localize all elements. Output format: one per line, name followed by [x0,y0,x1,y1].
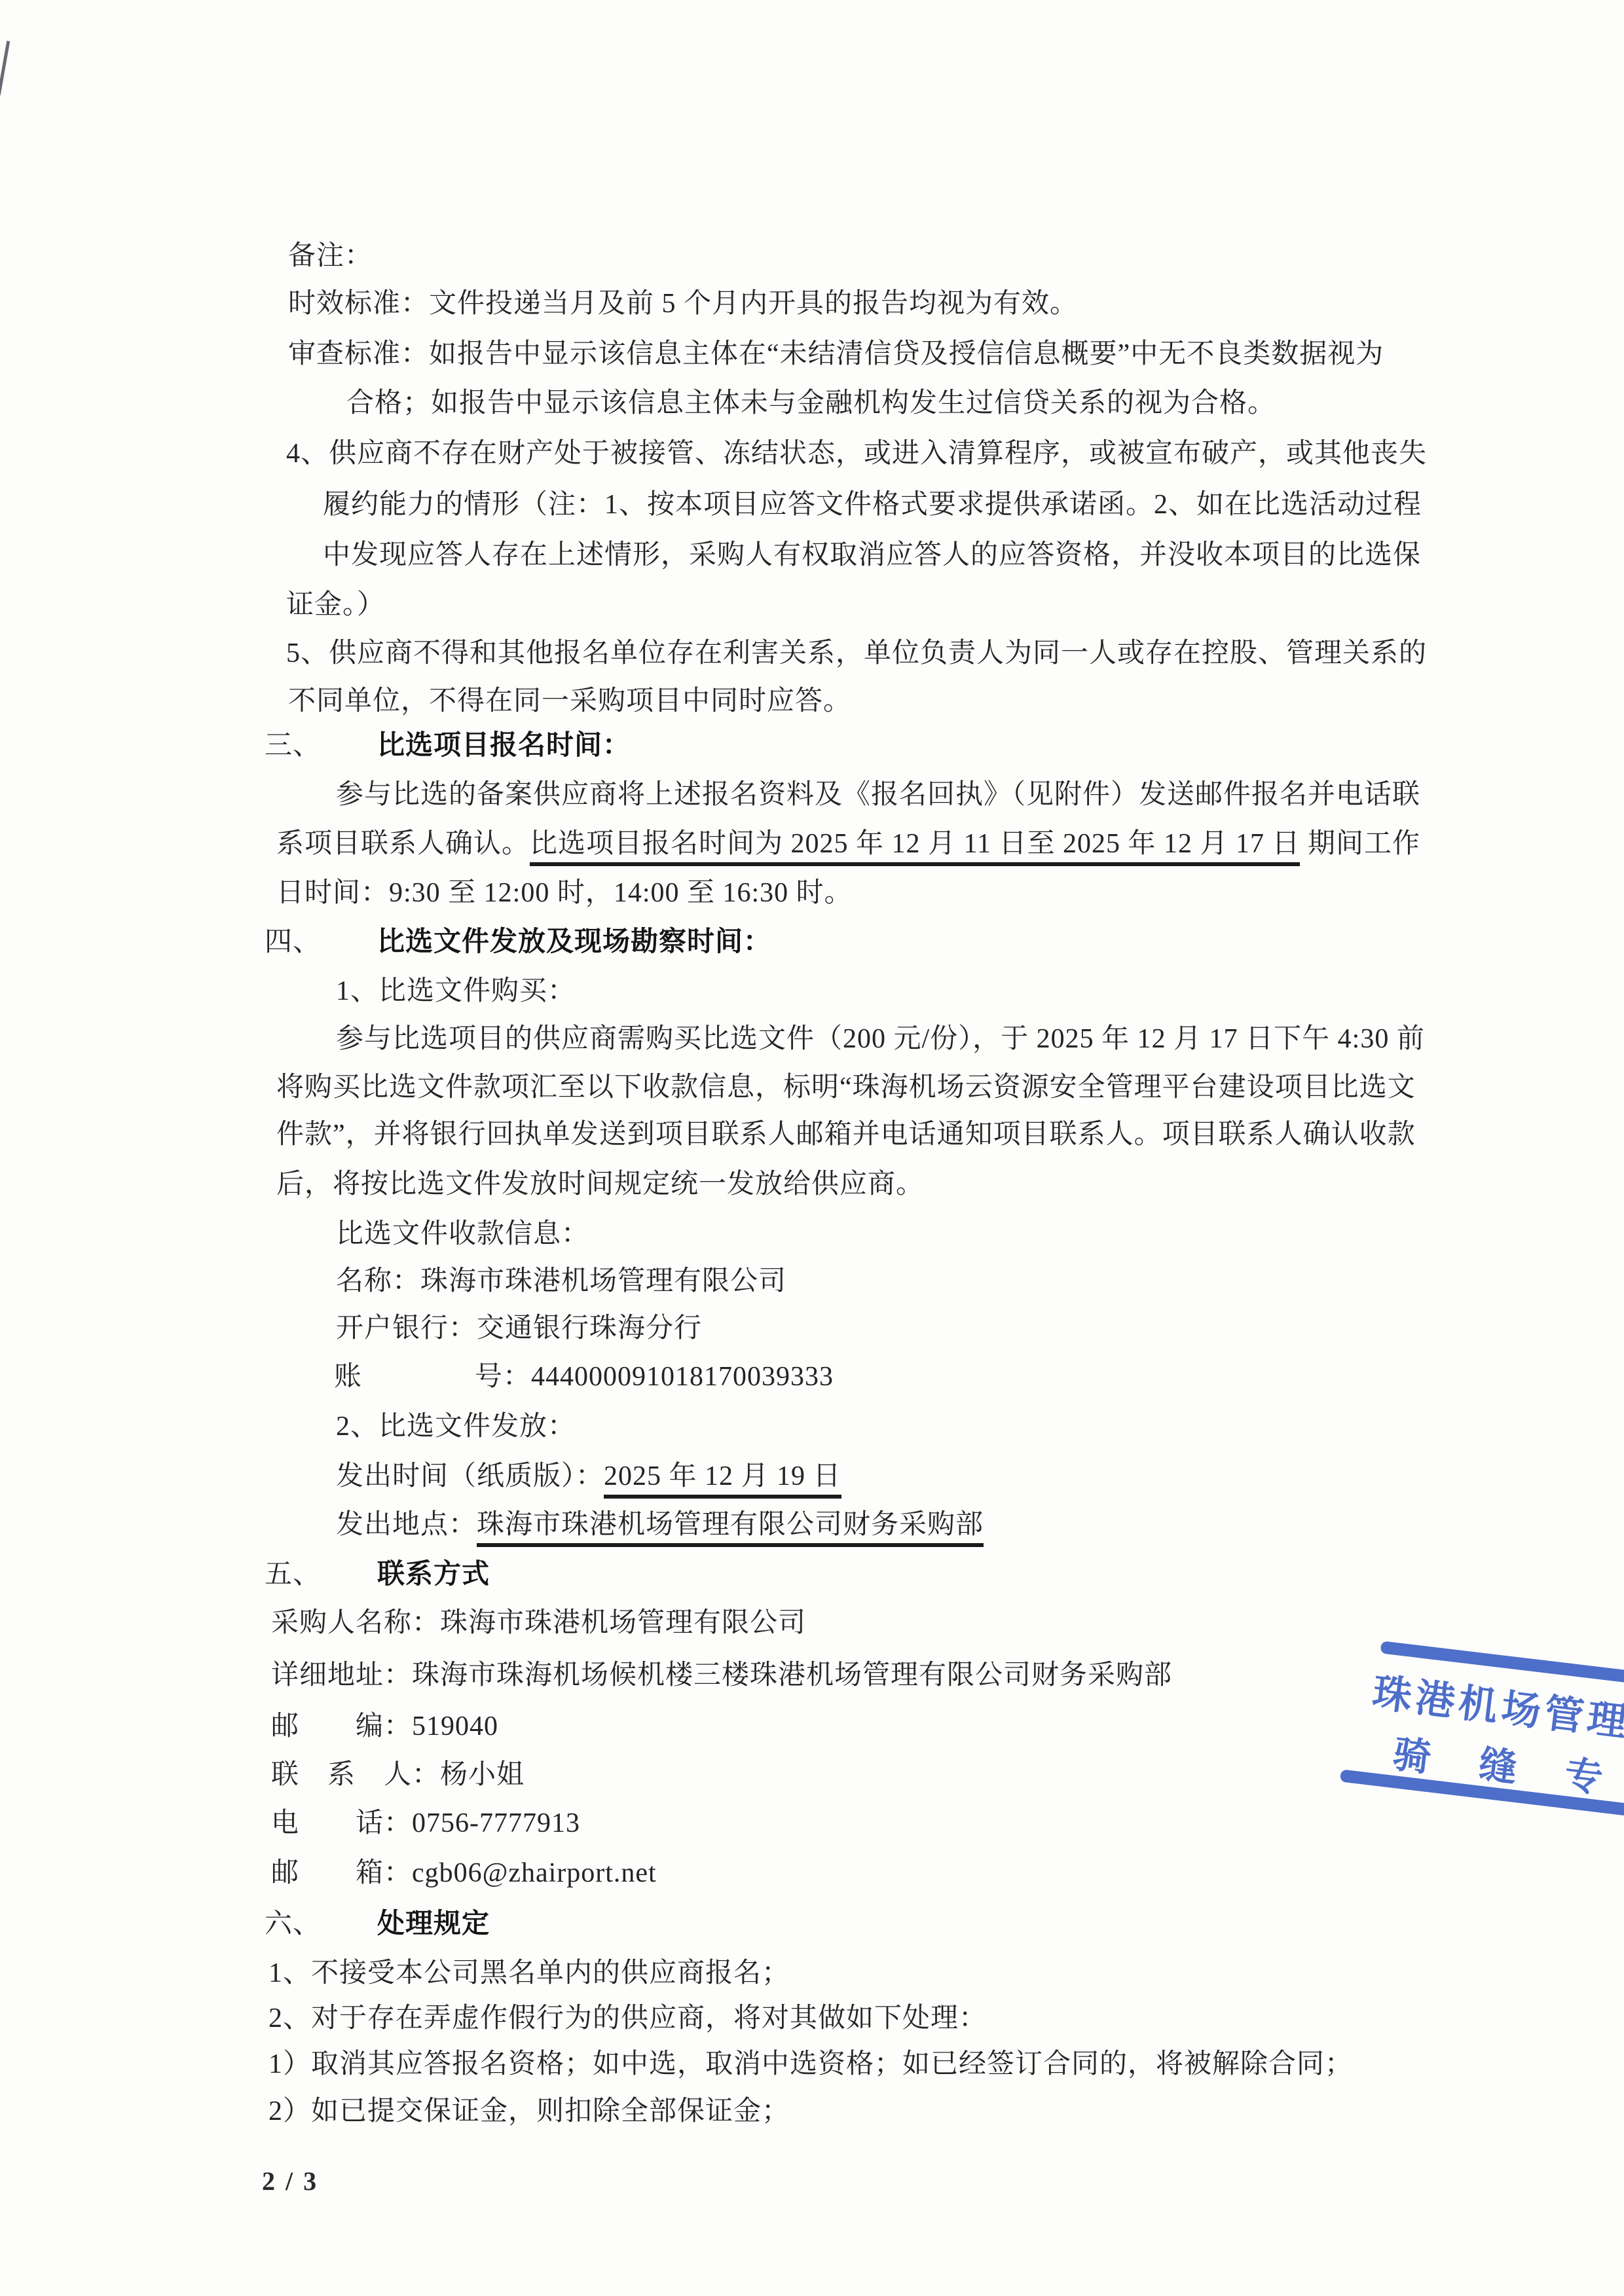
text-segment: 1、不接受本公司黑名单内的供应商报名； [268,1958,790,1988]
text-segment: 参与比选项目的供应商需购买比选文件（200 元/份），于 2025 年 12 月… [336,1024,1425,1054]
text-segment: 后，将按比选文件发放时间规定统一发放给供应商。 [276,1169,924,1199]
text-line: 六、处理规定 [265,1908,490,1941]
text-line: 履约能力的情形（注：1、按本项目应答文件格式要求提供承诺函。2、如在比选活动过程 [323,488,1422,521]
text-line: 邮 编：519040 [271,1710,498,1743]
text-segment: 邮 编：519040 [271,1711,498,1741]
text-segment: 电 话：0756-7777913 [271,1808,580,1838]
text-line: 不同单位，不得在同一采购项目中同时应答。 [288,685,851,718]
scanned-document-page: 备注：时效标准：文件投递当月及前 5 个月内开具的报告均视为有效。审查标准：如报… [0,0,1624,2296]
text-segment: 2）如已提交保证金，则扣除全部保证金； [268,2096,790,2126]
text-segment: 日时间：9:30 至 12:00 时，14:00 至 16:30 时。 [276,878,853,908]
text-segment: 邮 箱：cgb06@zhairport.net [271,1858,657,1888]
text-line: 系项目联系人确认。比选项目报名时间为 2025 年 12 月 11 日至 202… [276,828,1420,860]
text-segment: 2、比选文件发放： [336,1412,576,1442]
text-segment: 发出时间（纸质版）： [336,1461,604,1491]
text-line: 审查标准：如报告中显示该信息主体在“未结清信贷及授信信息概要”中无不良类数据视为 [288,338,1384,371]
text-line: 证金。） [286,589,385,621]
text-segment: 联 系 人：杨小姐 [271,1760,525,1790]
text-segment: 备注： [288,241,373,271]
text-segment: 比选文件收款信息： [336,1219,589,1249]
text-segment: 开户银行：交通银行珠海分行 [336,1313,702,1343]
text-segment: 1、比选文件购买： [336,976,576,1006]
text-line: 将购买比选文件款项汇至以下收款信息，标明“珠海机场云资源安全管理平台建设项目比选… [276,1071,1416,1104]
text-segment: 详细地址：珠海市珠海机场候机楼三楼珠港机场管理有限公司财务采购部 [271,1660,1172,1690]
text-segment: 六、 [265,1908,377,1941]
text-line: 备注： [288,240,373,272]
underlined-text: 珠海市珠港机场管理有限公司财务采购部 [477,1510,984,1547]
text-segment: 审查标准：如报告中显示该信息主体在“未结清信贷及授信信息概要”中无不良类数据视为 [288,339,1384,369]
text-segment: 将购买比选文件款项汇至以下收款信息，标明“珠海机场云资源安全管理平台建设项目比选… [276,1072,1416,1102]
scan-artifact-mark [0,41,10,96]
text-line: 开户银行：交通银行珠海分行 [336,1312,702,1345]
text-segment: 中发现应答人存在上述情形，采购人有权取消应答人的应答资格，并没收本项目的比选保 [323,540,1421,570]
page-number: 2 / 3 [262,2166,318,2196]
text-line: 5、供应商不得和其他报名单位存在利害关系，单位负责人为同一人或存在控股、管理关系… [286,637,1427,670]
text-segment: 参与比选的备案供应商将上述报名资料及《报名回执》（见附件）发送邮件报名并电话联 [336,780,1420,810]
text-segment: 1）取消其应答报名资格；如中选，取消中选资格；如已经签订合同的，将被解除合同； [268,2049,1353,2079]
text-segment: 4、供应商不存在财产处于被接管、冻结状态，或进入清算程序，或被宣布破产，或其他丧… [286,439,1427,469]
text-segment: 不同单位，不得在同一采购项目中同时应答。 [288,686,851,716]
text-segment: 证金。） [286,590,385,620]
text-line: 中发现应答人存在上述情形，采购人有权取消应答人的应答资格，并没收本项目的比选保 [323,539,1421,572]
text-line: 2、对于存在弄虚作假行为的供应商，将对其做如下处理： [268,2002,987,2035]
text-segment: 履约能力的情形（注：1、按本项目应答文件格式要求提供承诺函。2、如在比选活动过程 [323,490,1422,520]
text-segment: 名称：珠海市珠港机场管理有限公司 [336,1266,786,1296]
text-line: 联 系 人：杨小姐 [271,1758,525,1791]
text-segment: 2、对于存在弄虚作假行为的供应商，将对其做如下处理： [268,2003,987,2033]
text-line: 参与比选项目的供应商需购买比选文件（200 元/份），于 2025 年 12 月… [336,1023,1425,1055]
text-line: 三、比选项目报名时间： [265,729,631,762]
text-line: 采购人名称：珠海市珠港机场管理有限公司 [271,1607,806,1639]
text-segment: 四、 [265,926,377,958]
text-line: 1、不接受本公司黑名单内的供应商报名； [268,1957,790,1990]
heading-text: 比选文件发放及现场勘察时间： [377,927,771,957]
text-segment: 系项目联系人确认。 [276,829,530,859]
company-seal-stamp: 珠港机场管理有 骑缝专 [1344,1639,1624,1838]
text-line: 发出地点：珠海市珠港机场管理有限公司财务采购部 [336,1508,984,1541]
text-line: 2）如已提交保证金，则扣除全部保证金； [268,2095,790,2128]
text-line: 1、比选文件购买： [336,975,576,1008]
heading-text: 比选项目报名时间： [377,731,631,761]
text-segment: 件款”，并将银行回执单发送到项目联系人邮箱并电话通知项目联系人。项目联系人确认收… [276,1120,1416,1150]
text-segment: 采购人名称：珠海市珠港机场管理有限公司 [271,1608,806,1638]
text-line: 合格；如报告中显示该信息主体未与金融机构发生过信贷关系的视为合格。 [346,387,1276,420]
text-line: 账 号：444000091018170039333 [334,1360,834,1393]
text-segment: 期间工作 [1300,829,1420,859]
text-line: 后，将按比选文件发放时间规定统一发放给供应商。 [276,1168,924,1201]
underlined-text: 2025 年 12 月 19 日 [604,1461,841,1499]
text-line: 名称：珠海市珠港机场管理有限公司 [336,1265,786,1298]
text-line: 电 话：0756-7777913 [271,1807,580,1840]
text-segment: 时效标准：文件投递当月及前 5 个月内开具的报告均视为有效。 [288,289,1078,319]
text-segment: 三、 [265,729,377,762]
text-line: 4、供应商不存在财产处于被接管、冻结状态，或进入清算程序，或被宣布破产，或其他丧… [286,437,1427,470]
text-line: 比选文件收款信息： [336,1218,589,1250]
heading-text: 处理规定 [377,1909,490,1939]
heading-text: 联系方式 [377,1559,490,1590]
text-segment: 账 号：444000091018170039333 [334,1362,834,1392]
text-line: 参与比选的备案供应商将上述报名资料及《报名回执》（见附件）发送邮件报名并电话联 [336,778,1420,811]
text-line: 件款”，并将银行回执单发送到项目联系人邮箱并电话通知项目联系人。项目联系人确认收… [276,1118,1416,1151]
text-segment: 发出地点： [336,1510,477,1540]
text-line: 时效标准：文件投递当月及前 5 个月内开具的报告均视为有效。 [288,287,1078,320]
text-line: 详细地址：珠海市珠海机场候机楼三楼珠港机场管理有限公司财务采购部 [271,1659,1172,1692]
text-line: 2、比选文件发放： [336,1410,576,1443]
text-line: 五、联系方式 [265,1558,490,1591]
text-segment: 五、 [265,1558,377,1591]
text-segment: 合格；如报告中显示该信息主体未与金融机构发生过信贷关系的视为合格。 [346,388,1276,418]
text-line: 1）取消其应答报名资格；如中选，取消中选资格；如已经签订合同的，将被解除合同； [268,2048,1353,2081]
text-line: 四、比选文件发放及现场勘察时间： [265,926,771,958]
underlined-text: 比选项目报名时间为 2025 年 12 月 11 日至 2025 年 12 月 … [530,829,1300,866]
text-segment: 5、供应商不得和其他报名单位存在利害关系，单位负责人为同一人或存在控股、管理关系… [286,638,1427,668]
text-line: 发出时间（纸质版）：2025 年 12 月 19 日 [336,1460,841,1493]
text-line: 日时间：9:30 至 12:00 时，14:00 至 16:30 时。 [276,877,853,909]
text-line: 邮 箱：cgb06@zhairport.net [271,1857,657,1889]
